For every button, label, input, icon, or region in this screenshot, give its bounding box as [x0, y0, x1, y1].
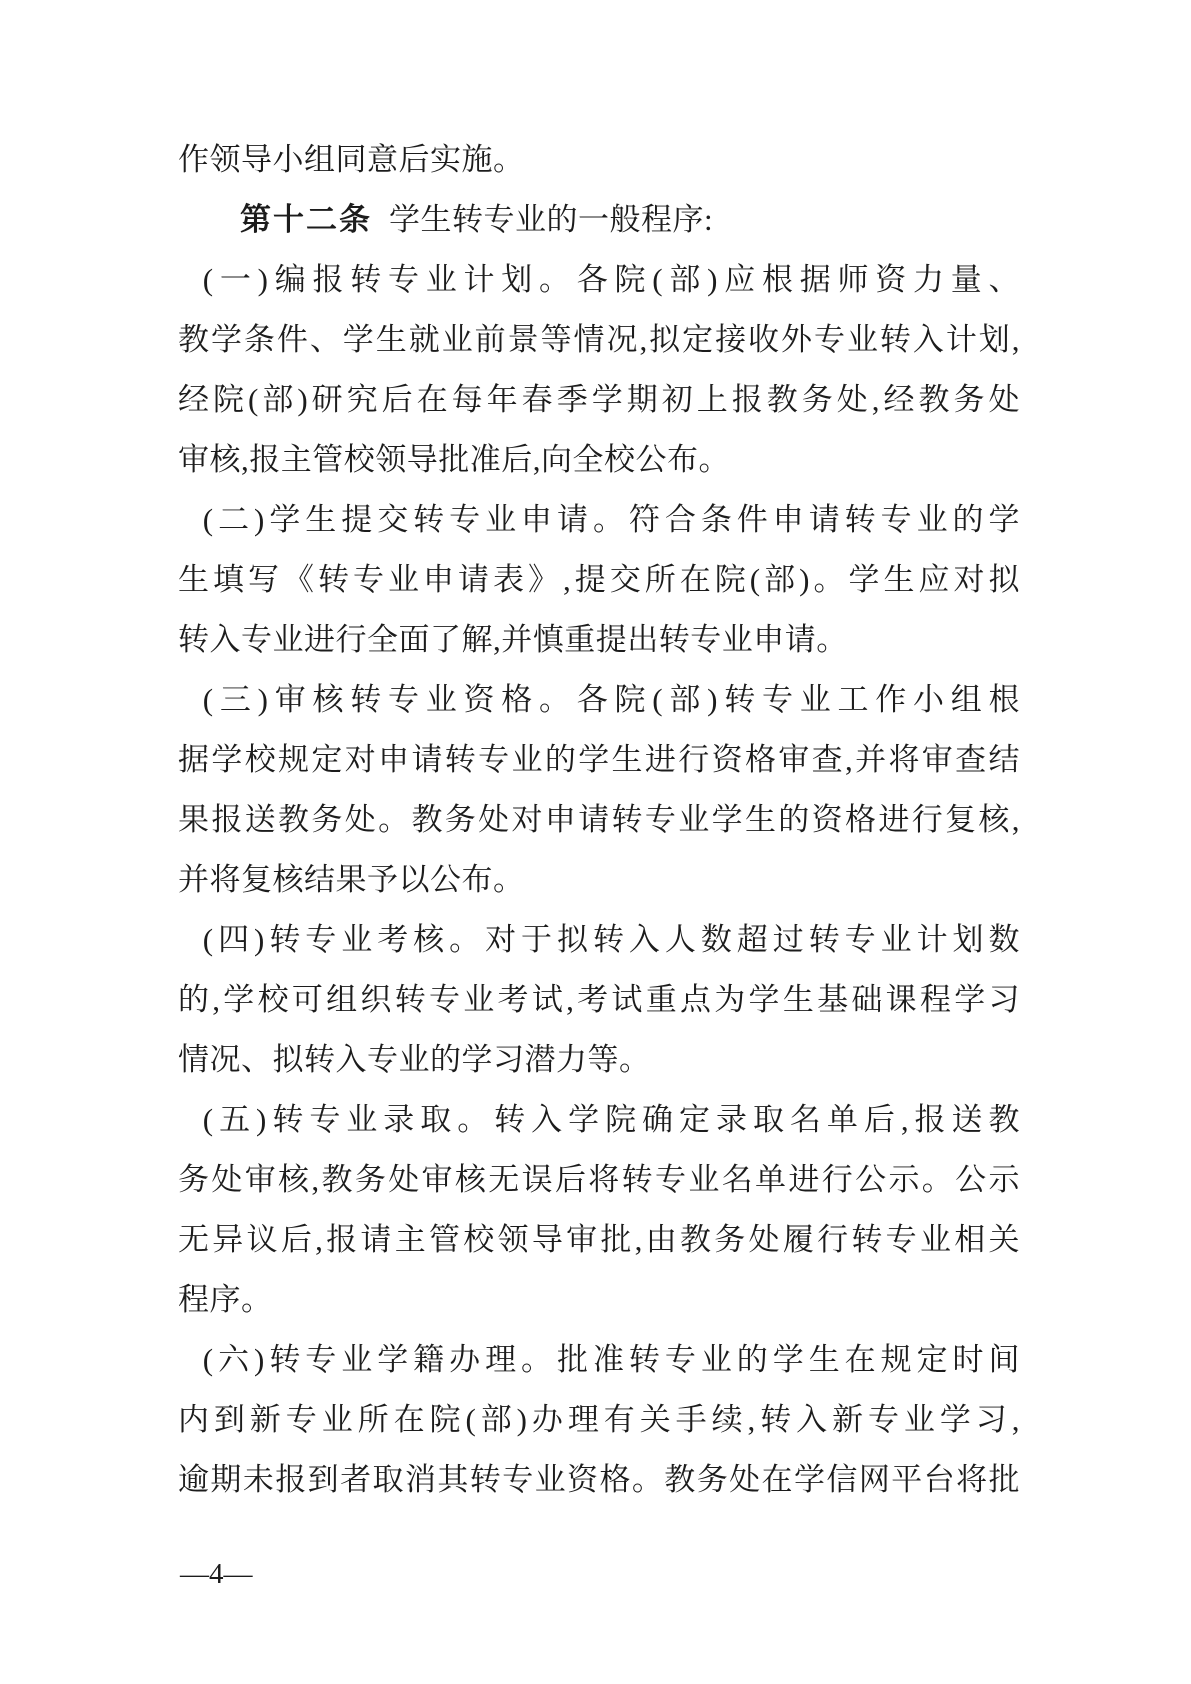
text-line: (一)编报转专业计划。各院(部)应根据师资力量、	[178, 250, 1020, 310]
text-line: 内到新专业所在院(部)办理有关手续,转入新专业学习,	[178, 1390, 1020, 1450]
text-line: (二)学生提交转专业申请。符合条件申请转专业的学	[178, 490, 1020, 550]
text-line: 作领导小组同意后实施。	[178, 130, 1020, 190]
text-line: 并将复核结果予以公布。	[178, 850, 1020, 910]
heading-text: 学生转专业的一般程序:	[389, 202, 713, 237]
text-line: (五)转专业录取。转入学院确定录取名单后,报送教	[178, 1090, 1020, 1150]
heading-line: 第十二条学生转专业的一般程序:	[178, 190, 1020, 250]
text-line: 据学校规定对申请转专业的学生进行资格审查,并将审查结	[178, 730, 1020, 790]
text-line: 果报送教务处。教务处对申请转专业学生的资格进行复核,	[178, 790, 1020, 850]
text-line: (三)审核转专业资格。各院(部)转专业工作小组根	[178, 670, 1020, 730]
text-line: 的,学校可组织转专业考试,考试重点为学生基础课程学习	[178, 970, 1020, 1030]
text-line: 务处审核,教务处审核无误后将转专业名单进行公示。公示	[178, 1150, 1020, 1210]
text-line: (六)转专业学籍办理。批准转专业的学生在规定时间	[178, 1330, 1020, 1390]
text-line: 生填写《转专业申请表》,提交所在院(部)。学生应对拟	[178, 550, 1020, 610]
text-line: 情况、拟转入专业的学习潜力等。	[178, 1030, 1020, 1090]
text-line: 教学条件、学生就业前景等情况,拟定接收外专业转入计划,	[178, 310, 1020, 370]
document-body: 作领导小组同意后实施。第十二条学生转专业的一般程序:(一)编报转专业计划。各院(…	[178, 130, 1020, 1510]
document-page: 作领导小组同意后实施。第十二条学生转专业的一般程序:(一)编报转专业计划。各院(…	[0, 0, 1191, 1684]
text-line: (四)转专业考核。对于拟转入人数超过转专业计划数	[178, 910, 1020, 970]
text-line: 审核,报主管校领导批准后,向全校公布。	[178, 430, 1020, 490]
page-number: —4—	[180, 1556, 253, 1592]
text-line: 程序。	[178, 1270, 1020, 1330]
text-line: 逾期未报到者取消其转专业资格。教务处在学信网平台将批	[178, 1450, 1020, 1510]
text-line: 经院(部)研究后在每年春季学期初上报教务处,经教务处	[178, 370, 1020, 430]
text-line: 无异议后,报请主管校领导审批,由教务处履行转专业相关	[178, 1210, 1020, 1270]
article-number: 第十二条	[240, 202, 372, 237]
text-line: 转入专业进行全面了解,并慎重提出转专业申请。	[178, 610, 1020, 670]
